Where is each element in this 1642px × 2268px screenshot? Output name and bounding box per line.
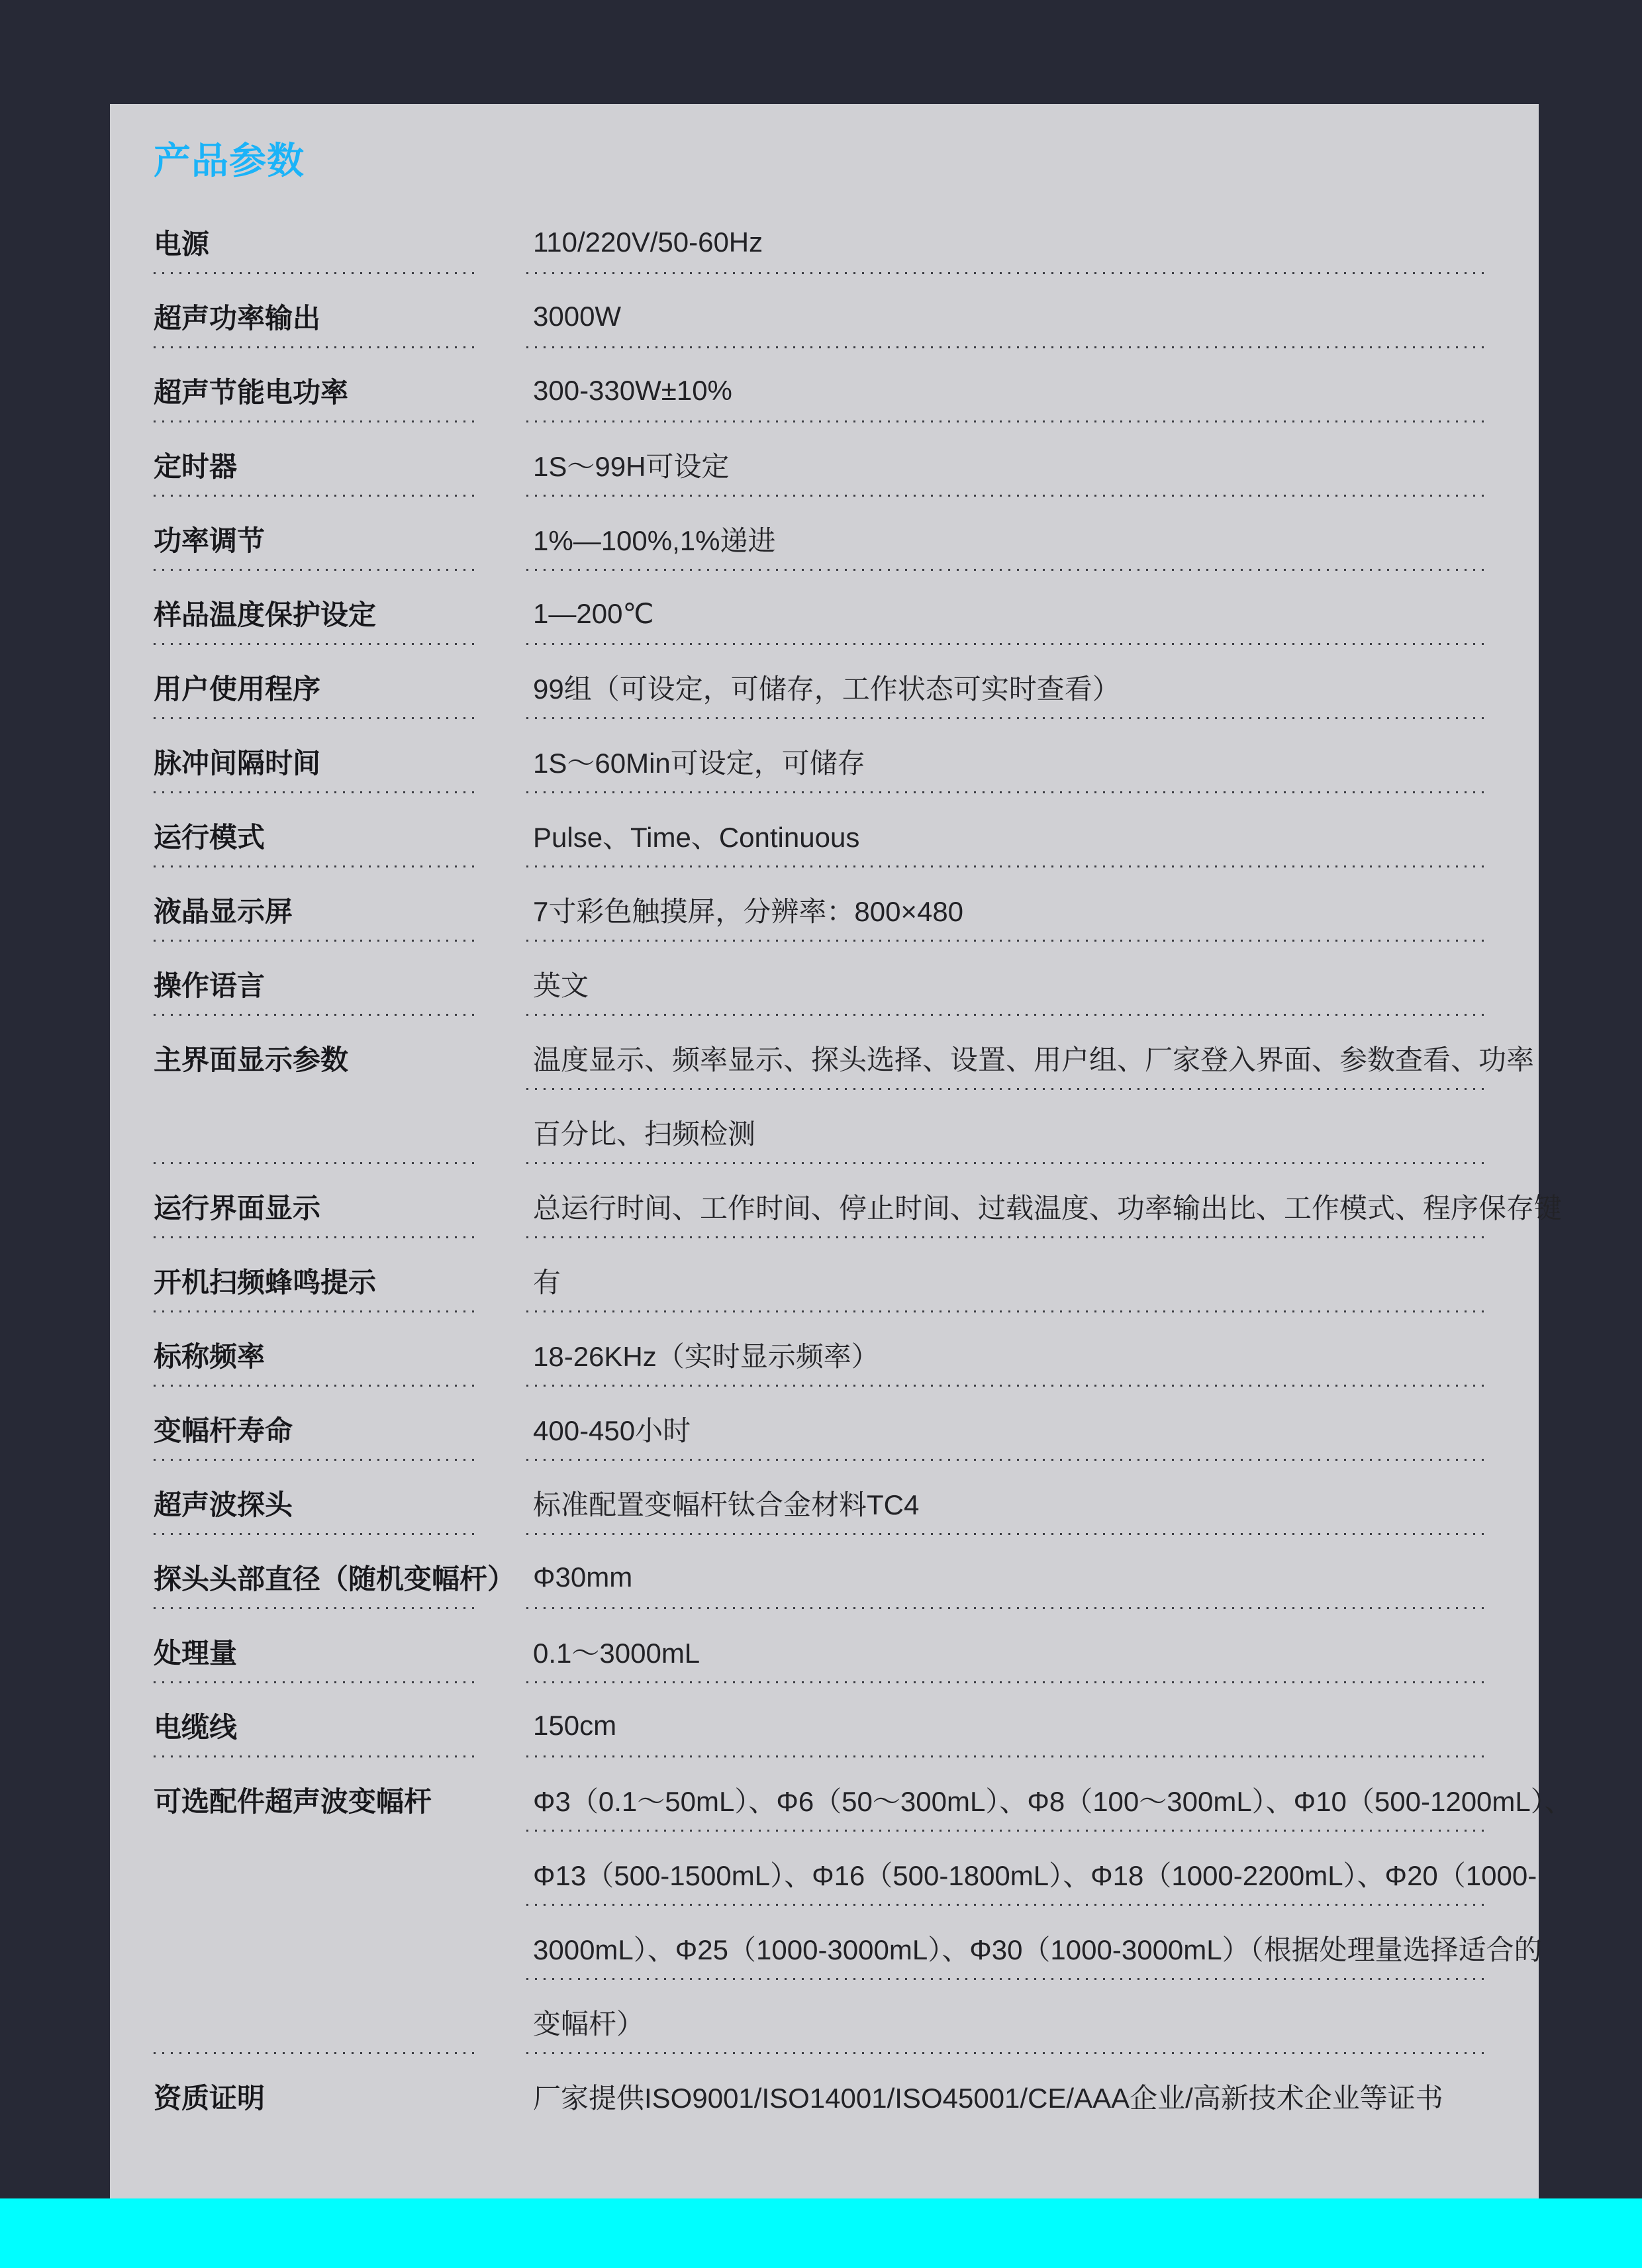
spec-label-cell: 液晶显示屏 <box>154 867 526 942</box>
spec-label: 处理量 <box>154 1609 526 1683</box>
spec-value-cell: 110/220V/50-60Hz <box>526 200 1487 274</box>
spec-value-line: 7寸彩色触摸屏，分辨率：800×480 <box>526 867 1487 942</box>
spec-label-cell: 处理量 <box>154 1609 526 1683</box>
spec-value-line: 有 <box>526 1238 1487 1312</box>
spec-row: 资质证明 厂家提供ISO9001/ISO14001/ISO45001/CE/AA… <box>154 2054 1487 2128</box>
spec-label-cell: 主界面显示参数 <box>154 1016 526 1164</box>
spec-value-cell: 300-330W±10% <box>526 348 1487 422</box>
spec-row: 用户使用程序 99组（可设定，可储存，工作状态可实时查看） <box>154 645 1487 719</box>
spec-value-cell: 18-26KHz（实时显示频率） <box>526 1312 1487 1387</box>
spec-card-inner: 产品参数 电源 110/220V/50-60Hz 超声功率输出 3000W 超声… <box>110 104 1539 2128</box>
spec-value-line: 18-26KHz（实时显示频率） <box>526 1312 1487 1387</box>
spec-row: 电缆线 150cm <box>154 1683 1487 1757</box>
spec-value-cell: 1%—100%,1%递进 <box>526 497 1487 571</box>
spec-label-cell: 脉冲间隔时间 <box>154 719 526 793</box>
spec-label-cell: 探头头部直径（随机变幅杆） <box>154 1535 526 1609</box>
spec-label: 运行界面显示 <box>154 1164 526 1238</box>
spec-value-cell: 7寸彩色触摸屏，分辨率：800×480 <box>526 867 1487 942</box>
spec-value-cell: 1—200℃ <box>526 571 1487 645</box>
spec-value-line: 英文 <box>526 942 1487 1016</box>
spec-row: 定时器 1S～99H可设定 <box>154 422 1487 497</box>
spec-label: 探头头部直径（随机变幅杆） <box>154 1535 526 1609</box>
spec-row: 操作语言 英文 <box>154 942 1487 1016</box>
spec-label: 变幅杆寿命 <box>154 1387 526 1461</box>
spec-label-cell: 电源 <box>154 200 526 274</box>
spec-value-line: 标准配置变幅杆钛合金材料TC4 <box>526 1461 1487 1535</box>
spec-value-line: 1—200℃ <box>526 571 1487 645</box>
spec-value-cell: 1S～60Min可设定，可储存 <box>526 719 1487 793</box>
spec-label: 电源 <box>154 200 526 274</box>
spec-row: 电源 110/220V/50-60Hz <box>154 200 1487 274</box>
spec-row: 脉冲间隔时间 1S～60Min可设定，可储存 <box>154 719 1487 793</box>
spec-row: 运行模式 Pulse、Time、Continuous <box>154 793 1487 867</box>
spec-value-line: 3000mL）、Φ25（1000-3000mL）、Φ30（1000-3000mL… <box>526 1906 1487 1980</box>
spec-value-cell: Pulse、Time、Continuous <box>526 793 1487 867</box>
spec-table: 电源 110/220V/50-60Hz 超声功率输出 3000W 超声节能电功率… <box>154 200 1487 2128</box>
bottom-accent-bar <box>0 2198 1642 2268</box>
spec-value-line: 300-330W±10% <box>526 348 1487 422</box>
spec-row: 超声波探头 标准配置变幅杆钛合金材料TC4 <box>154 1461 1487 1535</box>
spec-label: 操作语言 <box>154 942 526 1016</box>
spec-label-cell: 运行界面显示 <box>154 1164 526 1238</box>
spec-row: 标称频率 18-26KHz（实时显示频率） <box>154 1312 1487 1387</box>
spec-value-cell: 标准配置变幅杆钛合金材料TC4 <box>526 1461 1487 1535</box>
spec-label: 主界面显示参数 <box>154 1016 526 1090</box>
spec-row: 变幅杆寿命 400-450小时 <box>154 1387 1487 1461</box>
spec-label-cell: 变幅杆寿命 <box>154 1387 526 1461</box>
spec-label: 资质证明 <box>154 2054 526 2128</box>
spec-label: 开机扫频蜂鸣提示 <box>154 1238 526 1312</box>
spec-row: 超声功率输出 3000W <box>154 274 1487 348</box>
spec-row: 样品温度保护设定 1—200℃ <box>154 571 1487 645</box>
spec-label-cell: 超声功率输出 <box>154 274 526 348</box>
spec-row: 功率调节 1%—100%,1%递进 <box>154 497 1487 571</box>
spec-label: 运行模式 <box>154 793 526 867</box>
spec-label-cell: 超声波探头 <box>154 1461 526 1535</box>
page-title: 产品参数 <box>154 142 1487 179</box>
spec-row: 可选配件超声波变幅杆 Φ3（0.1～50mL）、Φ6（50～300mL）、Φ8（… <box>154 1757 1487 2054</box>
spec-label-cell: 电缆线 <box>154 1683 526 1757</box>
spec-label: 定时器 <box>154 422 526 497</box>
spec-label: 脉冲间隔时间 <box>154 719 526 793</box>
spec-value-cell: 有 <box>526 1238 1487 1312</box>
spec-label: 电缆线 <box>154 1683 526 1757</box>
spec-row: 运行界面显示 总运行时间、工作时间、停止时间、过载温度、功率输出比、工作模式、程… <box>154 1164 1487 1238</box>
spec-value-cell: 1S～99H可设定 <box>526 422 1487 497</box>
spec-value-cell: 温度显示、频率显示、探头选择、设置、用户组、厂家登入界面、参数查看、功率百分比、… <box>526 1016 1487 1164</box>
spec-label-cell: 资质证明 <box>154 2054 526 2128</box>
spec-label: 功率调节 <box>154 497 526 571</box>
spec-value-line: 百分比、扫频检测 <box>526 1090 1487 1164</box>
spec-value-line: Φ3（0.1～50mL）、Φ6（50～300mL）、Φ8（100～300mL）、… <box>526 1757 1487 1832</box>
spec-label-cell: 操作语言 <box>154 942 526 1016</box>
spec-value-line: 0.1～3000mL <box>526 1609 1487 1683</box>
spec-value-line: 温度显示、频率显示、探头选择、设置、用户组、厂家登入界面、参数查看、功率 <box>526 1016 1487 1090</box>
spec-label: 标称频率 <box>154 1312 526 1387</box>
spec-value-cell: Φ30mm <box>526 1535 1487 1609</box>
spec-value-line: 150cm <box>526 1683 1487 1757</box>
spec-label: 可选配件超声波变幅杆 <box>154 1757 526 1832</box>
spec-label-cell: 功率调节 <box>154 497 526 571</box>
spec-value-line: Pulse、Time、Continuous <box>526 793 1487 867</box>
spec-value-line: Φ13（500-1500mL）、Φ16（500-1800mL）、Φ18（1000… <box>526 1832 1487 1906</box>
spec-card: 产品参数 电源 110/220V/50-60Hz 超声功率输出 3000W 超声… <box>110 104 1539 2198</box>
spec-value-line: 1S～60Min可设定，可储存 <box>526 719 1487 793</box>
spec-label-cell: 运行模式 <box>154 793 526 867</box>
spec-value-cell: 3000W <box>526 274 1487 348</box>
spec-label: 样品温度保护设定 <box>154 571 526 645</box>
spec-label: 用户使用程序 <box>154 645 526 719</box>
spec-label-cell: 开机扫频蜂鸣提示 <box>154 1238 526 1312</box>
spec-label-cell: 用户使用程序 <box>154 645 526 719</box>
spec-label: 超声波探头 <box>154 1461 526 1535</box>
spec-label: 超声节能电功率 <box>154 348 526 422</box>
spec-label: 超声功率输出 <box>154 274 526 348</box>
spec-label-cell: 定时器 <box>154 422 526 497</box>
spec-row: 超声节能电功率 300-330W±10% <box>154 348 1487 422</box>
spec-row: 探头头部直径（随机变幅杆） Φ30mm <box>154 1535 1487 1609</box>
spec-value-line: 1S～99H可设定 <box>526 422 1487 497</box>
spec-value-cell: 英文 <box>526 942 1487 1016</box>
spec-value-line: 110/220V/50-60Hz <box>526 200 1487 274</box>
spec-value-line: 1%—100%,1%递进 <box>526 497 1487 571</box>
spec-value-line: 厂家提供ISO9001/ISO14001/ISO45001/CE/AAA企业/高… <box>526 2054 1487 2128</box>
spec-label-cell: 标称频率 <box>154 1312 526 1387</box>
spec-row: 液晶显示屏 7寸彩色触摸屏，分辨率：800×480 <box>154 867 1487 942</box>
spec-row: 主界面显示参数 温度显示、频率显示、探头选择、设置、用户组、厂家登入界面、参数查… <box>154 1016 1487 1164</box>
spec-value-line: Φ30mm <box>526 1535 1487 1609</box>
spec-value-cell: 150cm <box>526 1683 1487 1757</box>
product-spec-page: 产品参数 电源 110/220V/50-60Hz 超声功率输出 3000W 超声… <box>0 0 1642 2268</box>
spec-value-line: 总运行时间、工作时间、停止时间、过载温度、功率输出比、工作模式、程序保存键 <box>526 1164 1487 1238</box>
spec-row: 处理量 0.1～3000mL <box>154 1609 1487 1683</box>
spec-value-cell: 0.1～3000mL <box>526 1609 1487 1683</box>
spec-value-cell: Φ3（0.1～50mL）、Φ6（50～300mL）、Φ8（100～300mL）、… <box>526 1757 1487 2054</box>
spec-value-cell: 99组（可设定，可储存，工作状态可实时查看） <box>526 645 1487 719</box>
spec-label-cell: 样品温度保护设定 <box>154 571 526 645</box>
spec-label: 液晶显示屏 <box>154 867 526 942</box>
spec-value-line: 3000W <box>526 274 1487 348</box>
spec-row: 开机扫频蜂鸣提示 有 <box>154 1238 1487 1312</box>
spec-label-cell: 超声节能电功率 <box>154 348 526 422</box>
spec-value-cell: 400-450小时 <box>526 1387 1487 1461</box>
spec-value-cell: 厂家提供ISO9001/ISO14001/ISO45001/CE/AAA企业/高… <box>526 2054 1487 2128</box>
spec-value-line: 400-450小时 <box>526 1387 1487 1461</box>
spec-value-cell: 总运行时间、工作时间、停止时间、过载温度、功率输出比、工作模式、程序保存键 <box>526 1164 1487 1238</box>
spec-value-line: 变幅杆） <box>526 1980 1487 2054</box>
spec-label-cell: 可选配件超声波变幅杆 <box>154 1757 526 2054</box>
spec-value-line: 99组（可设定，可储存，工作状态可实时查看） <box>526 645 1487 719</box>
